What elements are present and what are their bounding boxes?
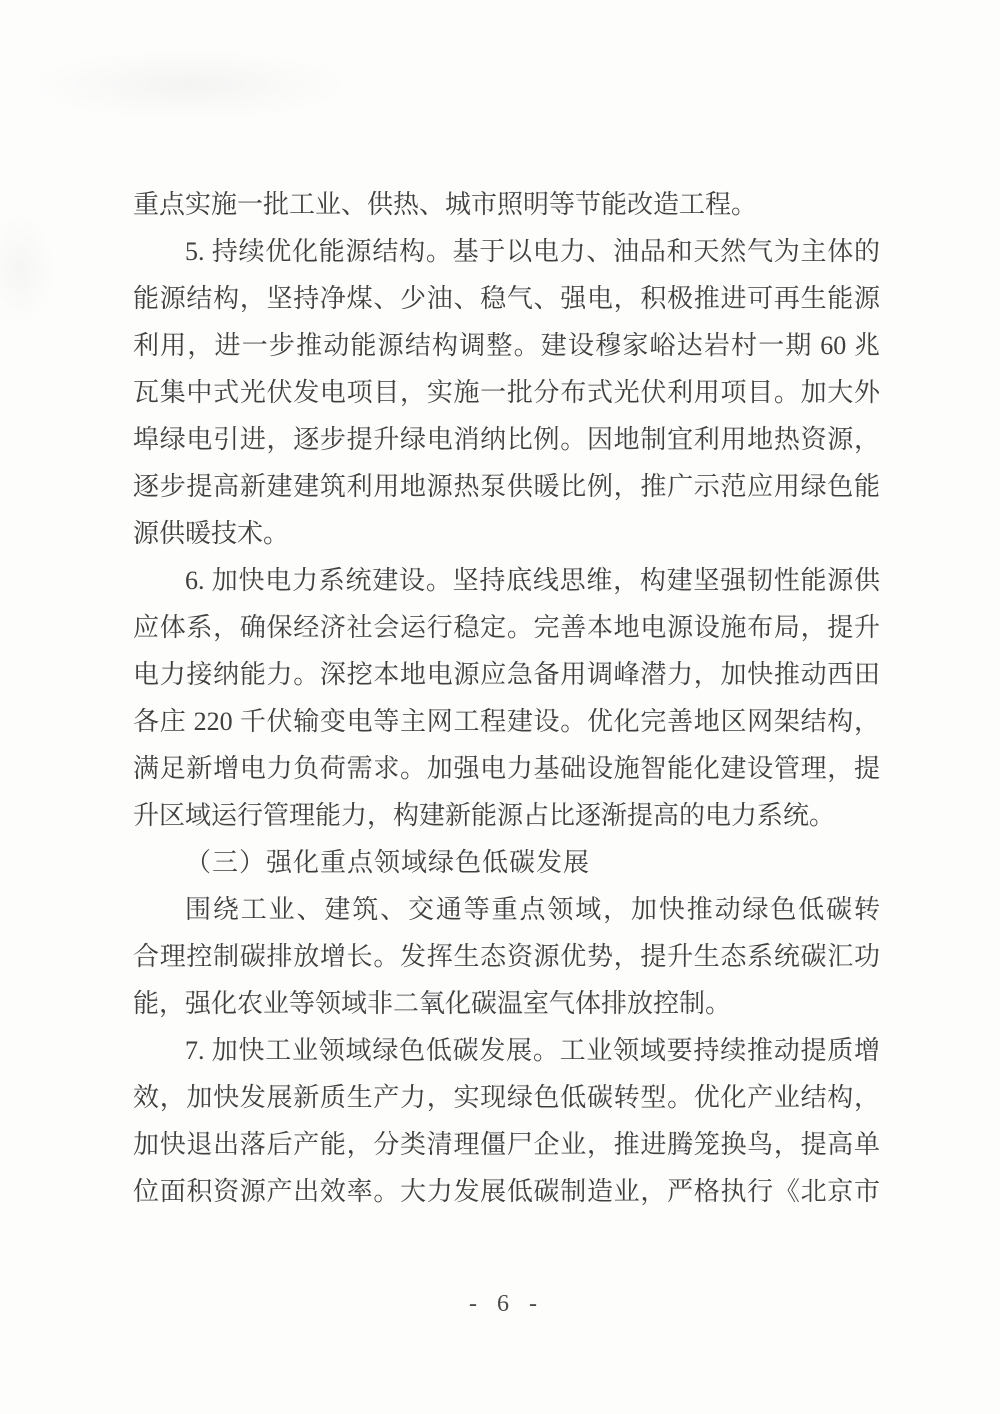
paragraph-line: 逐步提高新建建筑利用地源热泵供暖比例，推广示范应用绿色能: [133, 463, 880, 510]
paragraph-line: 电力接纳能力。深挖本地电源应急备用调峰潜力，加快推动西田: [133, 651, 880, 698]
paragraph-line: 能，强化农业等领域非二氧化碳温室气体排放控制。: [133, 980, 880, 1027]
document-body: 重点实施一批工业、供热、城市照明等节能改造工程。 5. 持续优化能源结构。基于以…: [133, 181, 880, 1215]
paragraph-line: 6. 加快电力系统建设。坚持底线思维，构建坚强韧性能源供: [133, 557, 880, 604]
section-heading: （三）强化重点领域绿色低碳发展: [133, 839, 880, 886]
paragraph-line: 重点实施一批工业、供热、城市照明等节能改造工程。: [133, 181, 880, 228]
paragraph-line: 5. 持续优化能源结构。基于以电力、油品和天然气为主体的: [133, 228, 880, 275]
paragraph-line: 源供暖技术。: [133, 510, 880, 557]
paragraph-line: 围绕工业、建筑、交通等重点领域，加快推动绿色低碳转型，: [133, 886, 880, 933]
paragraph-line: 合理控制碳排放增长。发挥生态资源优势，提升生态系统碳汇功: [133, 933, 880, 980]
paragraph-line: 利用，进一步推动能源结构调整。建设穆家峪达岩村一期 60 兆: [133, 322, 880, 369]
scan-artifact: [0, 215, 55, 325]
paragraph-line: 埠绿电引进，逐步提升绿电消纳比例。因地制宜利用地热资源，: [133, 416, 880, 463]
document-page: 重点实施一批工业、供热、城市照明等节能改造工程。 5. 持续优化能源结构。基于以…: [0, 0, 1000, 1414]
paragraph-line: 加快退出落后产能，分类清理僵尸企业，推进腾笼换鸟，提高单: [133, 1121, 880, 1168]
paragraph-line: 应体系，确保经济社会运行稳定。完善本地电源设施布局，提升: [133, 604, 880, 651]
paragraph-line: 效，加快发展新质生产力，实现绿色低碳转型。优化产业结构，: [133, 1074, 880, 1121]
paragraph-line: 升区域运行管理能力，构建新能源占比逐渐提高的电力系统。: [133, 792, 880, 839]
page-number: - 6 -: [133, 1288, 880, 1320]
paragraph-line: 7. 加快工业领域绿色低碳发展。工业领域要持续推动提质增: [133, 1027, 880, 1074]
scan-artifact: [30, 50, 350, 120]
paragraph-line: 位面积资源产出效率。大力发展低碳制造业，严格执行《北京市: [133, 1168, 880, 1215]
paragraph-line: 各庄 220 千伏输变电等主网工程建设。优化完善地区网架结构，: [133, 698, 880, 745]
paragraph-line: 瓦集中式光伏发电项目，实施一批分布式光伏利用项目。加大外: [133, 369, 880, 416]
paragraph-line: 满足新增电力负荷需求。加强电力基础设施智能化建设管理，提: [133, 745, 880, 792]
paragraph-line: 能源结构，坚持净煤、少油、稳气、强电，积极推进可再生能源: [133, 275, 880, 322]
